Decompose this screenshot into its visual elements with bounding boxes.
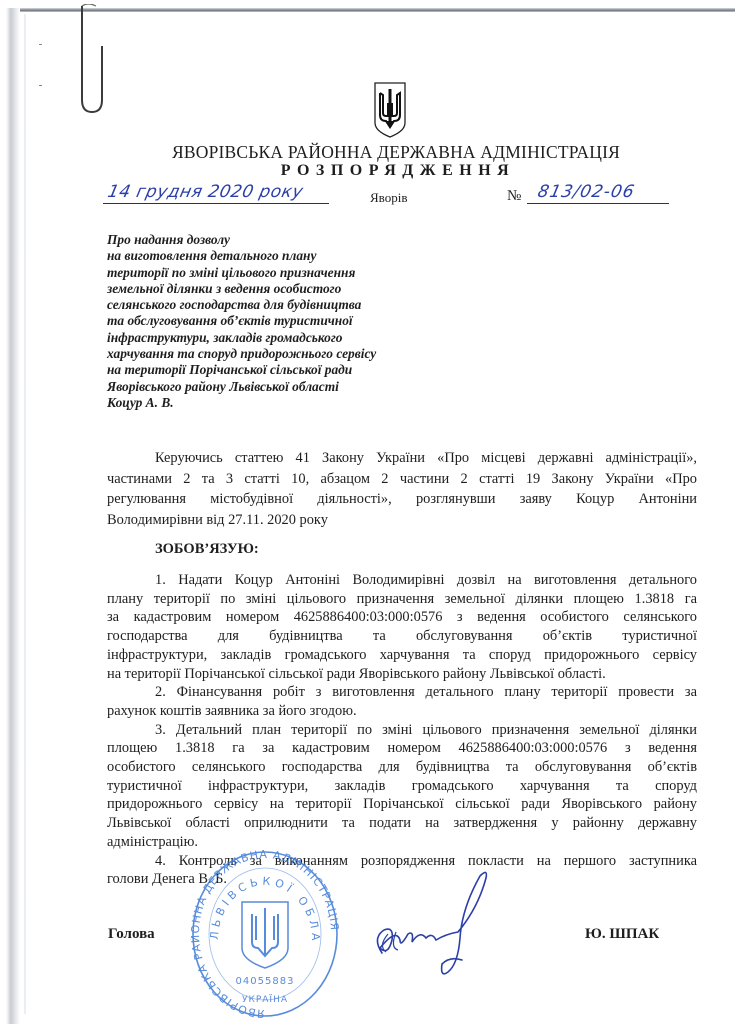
- subject-line: на території Порічанської сільської ради: [107, 362, 447, 378]
- item-line: 1. Надати Коцур Антоніні Володимирівні д…: [107, 571, 697, 590]
- subject-line: земельної ділянки з ведення особистого: [107, 281, 447, 297]
- preamble-line: Керуючись статтею 41 Закону України «Про…: [107, 448, 697, 469]
- item-line: адміністрацію.: [107, 833, 697, 852]
- document-type-title: РОЗПОРЯДЖЕННЯ: [0, 162, 744, 180]
- subject-line: території по зміні цільового призначення: [107, 265, 447, 281]
- subject-line: інфраструктури, закладів громадського: [107, 330, 447, 346]
- handwritten-document-number: 813/02-06: [536, 182, 637, 202]
- item-line: плану території по зміні цільового призн…: [107, 590, 697, 609]
- item-line: площею 1.3818 га за кадастровим номером …: [107, 739, 697, 758]
- obligation-heading: ЗОБОВ’ЯЗУЮ:: [155, 541, 259, 558]
- item-line: інфраструктури, закладів громадського ха…: [107, 646, 697, 665]
- item-line: 3. Детальний план території по зміні ціл…: [107, 721, 697, 740]
- punch-mark: [39, 44, 42, 45]
- item-line: придорожнього сервісу на території Поріч…: [107, 795, 697, 814]
- preamble-line: регулювання містобудівної діяльності», р…: [107, 489, 697, 510]
- preamble-line: частинами 2 та 3 статті 10, абзацом 2 ча…: [107, 469, 697, 490]
- item-line: за кадастровим номером 4625886400:03:000…: [107, 608, 697, 627]
- city-label: Яворів: [370, 190, 407, 206]
- stamp-code: 04055883: [236, 976, 295, 987]
- subject-line: на виготовлення детального плану: [107, 248, 447, 264]
- subject-line: харчування та споруд придорожнього серві…: [107, 346, 447, 362]
- scan-top-edge: [10, 8, 735, 12]
- order-item-3: 3. Детальний план території по зміні ціл…: [107, 721, 697, 852]
- handwritten-signature: [370, 868, 500, 983]
- number-underline: [527, 203, 669, 204]
- order-item-2: 2. Фінансування робіт з виготовлення дет…: [107, 683, 697, 720]
- signer-position: Голова: [108, 926, 155, 943]
- order-items: 1. Надати Коцур Антоніні Володимирівні д…: [107, 571, 697, 889]
- item-line: особистого селянського господарства для …: [107, 758, 697, 777]
- coat-of-arms-icon: [373, 81, 407, 139]
- signer-name: Ю. ШПАК: [585, 926, 659, 943]
- paperclip-icon: [74, 4, 108, 116]
- subject-line: Про надання дозволу: [107, 232, 447, 248]
- official-stamp-icon: ЯВОРІВСЬКА РАЙОННА ДЕРЖАВНА АДМІНІСТРАЦІ…: [190, 850, 340, 1020]
- subject-line: Яворівського району Львівської області: [107, 379, 447, 395]
- stamp-country: УКРАЇНА: [242, 994, 288, 1005]
- organization-title: ЯВОРІВСЬКА РАЙОННА ДЕРЖАВНА АДМІНІСТРАЦІ…: [0, 142, 744, 163]
- item-line: 2. Фінансування робіт з виготовлення дет…: [107, 683, 697, 702]
- subject-line: Коцур А. В.: [107, 395, 447, 411]
- date-underline: [103, 203, 329, 204]
- subject-block: Про надання дозволу на виготовлення дета…: [107, 232, 447, 411]
- subject-line: та обслуговування об’єктів туристичної: [107, 313, 447, 329]
- subject-line: селянського господарства для будівництва: [107, 297, 447, 313]
- preamble-line: Володимирівни від 27.11. 2020 року: [107, 510, 697, 531]
- number-sign: №: [507, 188, 521, 205]
- item-line: господарства для будівництва та обслугов…: [107, 627, 697, 646]
- punch-mark: [39, 85, 42, 86]
- order-item-1: 1. Надати Коцур Антоніні Володимирівні д…: [107, 571, 697, 683]
- item-line: рахунок коштів заявника за його згодою.: [107, 702, 697, 721]
- preamble-paragraph: Керуючись статтею 41 Закону України «Про…: [107, 448, 697, 530]
- item-line: туристичної інфраструктури, закладів гро…: [107, 777, 697, 796]
- handwritten-date: 14 грудня 2020 року: [106, 182, 305, 202]
- item-line: на території Порічанської сільської ради…: [107, 665, 697, 684]
- item-line: Львівської області оприлюднити та подати…: [107, 814, 697, 833]
